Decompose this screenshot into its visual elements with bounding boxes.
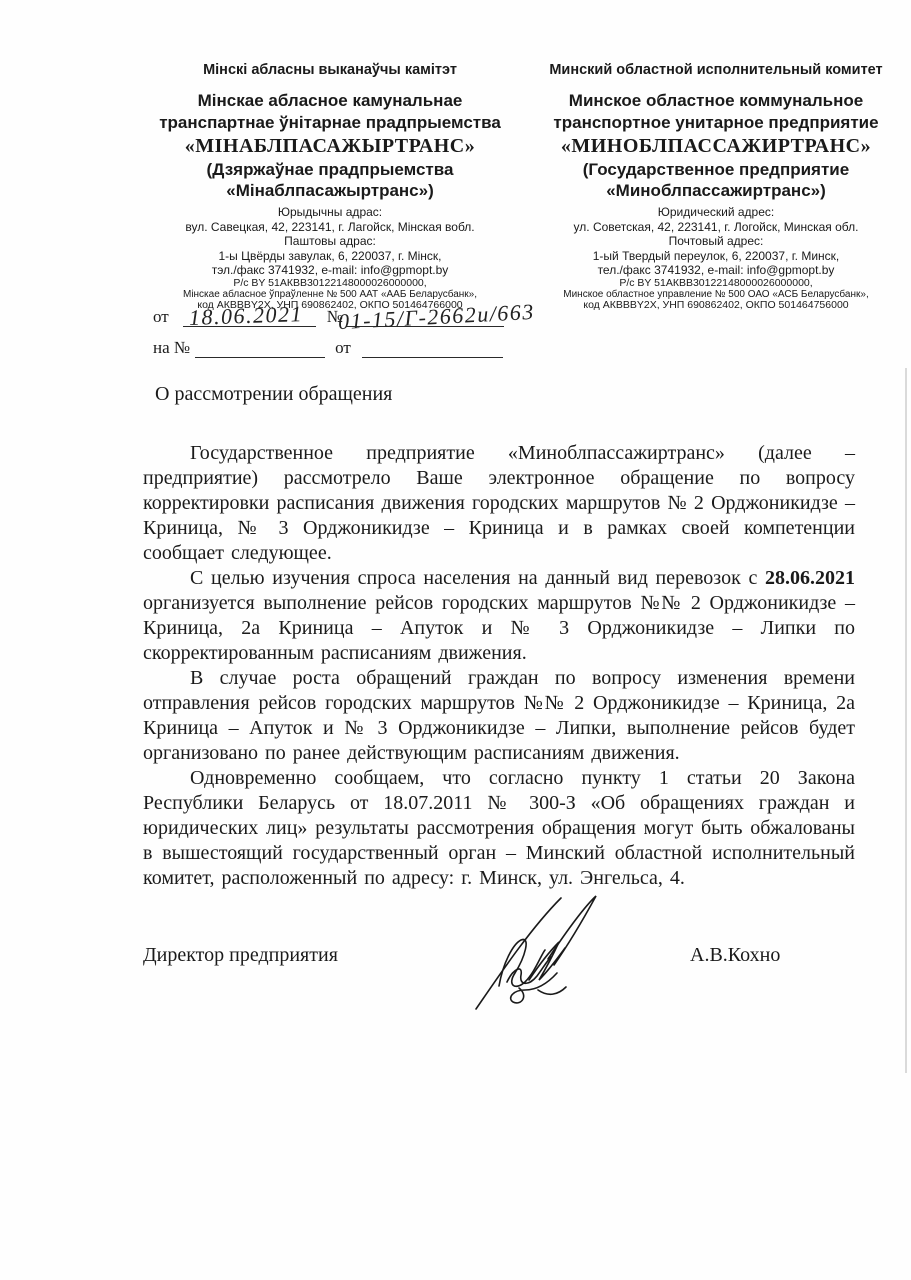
paragraph-text: Одновременно сообщаем, что согласно пунк… xyxy=(143,767,855,889)
org-name-by: «МІНАБЛПАСАЖЫРТРАНС» xyxy=(142,134,518,159)
body-paragraph-1: Государственное предприятие «Миноблпасса… xyxy=(143,441,855,566)
from-label: от xyxy=(153,307,169,327)
committee-line-by: Мінскі абласны выканаўчы камітэт xyxy=(142,62,518,79)
letterhead: Мінскі абласны выканаўчы камітэт Мінскае… xyxy=(142,62,904,312)
org-line2-by: транспартнае ўнітарнае прадпрыемства xyxy=(142,112,518,134)
incoming-from-label: от xyxy=(335,338,351,358)
letterhead-left-column: Мінскі абласны выканаўчы камітэт Мінскае… xyxy=(142,62,518,312)
outgoing-number-line: 01-15/Г-2662и/663 xyxy=(346,326,504,327)
postal-address-label-ru: Почтовый адрес: xyxy=(528,234,904,249)
paragraph-text: Государственное предприятие «Миноблпасса… xyxy=(143,442,855,564)
signer-position-title: Директор предприятия xyxy=(143,944,338,967)
scan-artifact-line xyxy=(905,368,907,1073)
letter-body: Государственное предприятие «Миноблпасса… xyxy=(143,441,855,891)
org-line2-ru: транспортное унитарное предприятие xyxy=(528,112,904,134)
postal-address-ru: 1-ый Твердый переулок, 6, 220037, г. Мин… xyxy=(528,249,904,264)
incoming-date-line xyxy=(362,357,503,358)
reference-row-incoming: на № от xyxy=(153,327,504,358)
handwritten-number: 01-15/Г-2662и/663 xyxy=(337,299,535,335)
org-sub2-ru: «Миноблпассажиртранс») xyxy=(528,180,904,201)
bank-account-ru: Р/с BY 51АКВВ30122148000026000000, xyxy=(528,278,904,290)
subject-line: О рассмотрении обращения xyxy=(155,383,392,406)
legal-address-label-ru: Юридический адрес: xyxy=(528,205,904,220)
signer-name: А.В.Кохно xyxy=(690,944,780,967)
bank-account-by: Р/с BY 51АКВВ30122148000026000000, xyxy=(142,278,518,290)
scanned-letter-page: Мінскі абласны выканаўчы камітэт Мінскае… xyxy=(0,0,911,1280)
letterhead-right-column: Минский областной исполнительный комитет… xyxy=(528,62,904,312)
legal-address-ru: ул. Советская, 42, 223141, г. Логойск, М… xyxy=(528,220,904,235)
org-line1-by: Мінскае абласное камунальнае xyxy=(142,90,518,112)
on-number-label: на № xyxy=(153,338,190,358)
org-line1-ru: Минское областное коммунальное xyxy=(528,90,904,112)
outgoing-date-line: 18.06.2021 xyxy=(183,326,316,327)
bold-date-text: 28.06.2021 xyxy=(765,567,855,589)
paragraph-text: организуется выполнение рейсов городских… xyxy=(143,592,855,664)
phone-email-ru: тел./факс 3741932, e-mail: info@gpmopt.b… xyxy=(528,263,904,278)
postal-address-label-by: Паштовы адрас: xyxy=(142,234,518,249)
org-sub1-by: (Дзяржаўнае прадпрыемства xyxy=(142,159,518,180)
phone-email-by: тэл./факс 3741932, e-mail: info@gpmopt.b… xyxy=(142,263,518,278)
org-codes-ru: код АКВВВY2X, УНП 690862402, ОКПО 501464… xyxy=(528,300,904,312)
org-sub2-by: «Мінаблпасажыртранс») xyxy=(142,180,518,201)
committee-line-ru: Минский областной исполнительный комитет xyxy=(528,62,904,79)
body-paragraph-3: В случае роста обращений граждан по вопр… xyxy=(143,666,855,766)
org-name-ru: «МИНОБЛПАССАЖИРТРАНС» xyxy=(528,134,904,159)
handwritten-date: 18.06.2021 xyxy=(188,301,303,331)
body-paragraph-4: Одновременно сообщаем, что согласно пунк… xyxy=(143,766,855,891)
org-sub1-ru: (Государственное предприятие xyxy=(528,159,904,180)
paragraph-text: В случае роста обращений граждан по вопр… xyxy=(143,667,855,764)
handwritten-signature xyxy=(462,891,637,1016)
legal-address-label-by: Юрыдычны адрас: xyxy=(142,205,518,220)
reference-block: от 18.06.2021 № 01-15/Г-2662и/663 на № о… xyxy=(153,296,504,358)
body-paragraph-2: С целью изучения спроса населения на дан… xyxy=(143,566,855,666)
reference-row-outgoing: от 18.06.2021 № 01-15/Г-2662и/663 xyxy=(153,296,504,327)
incoming-number-line xyxy=(195,357,325,358)
postal-address-by: 1-ы Цвёрды завулак, 6, 220037, г. Мінск, xyxy=(142,249,518,264)
legal-address-by: вул. Савецкая, 42, 223141, г. Лагойск, М… xyxy=(142,220,518,235)
paragraph-text: С целью изучения спроса населения на дан… xyxy=(190,567,765,589)
